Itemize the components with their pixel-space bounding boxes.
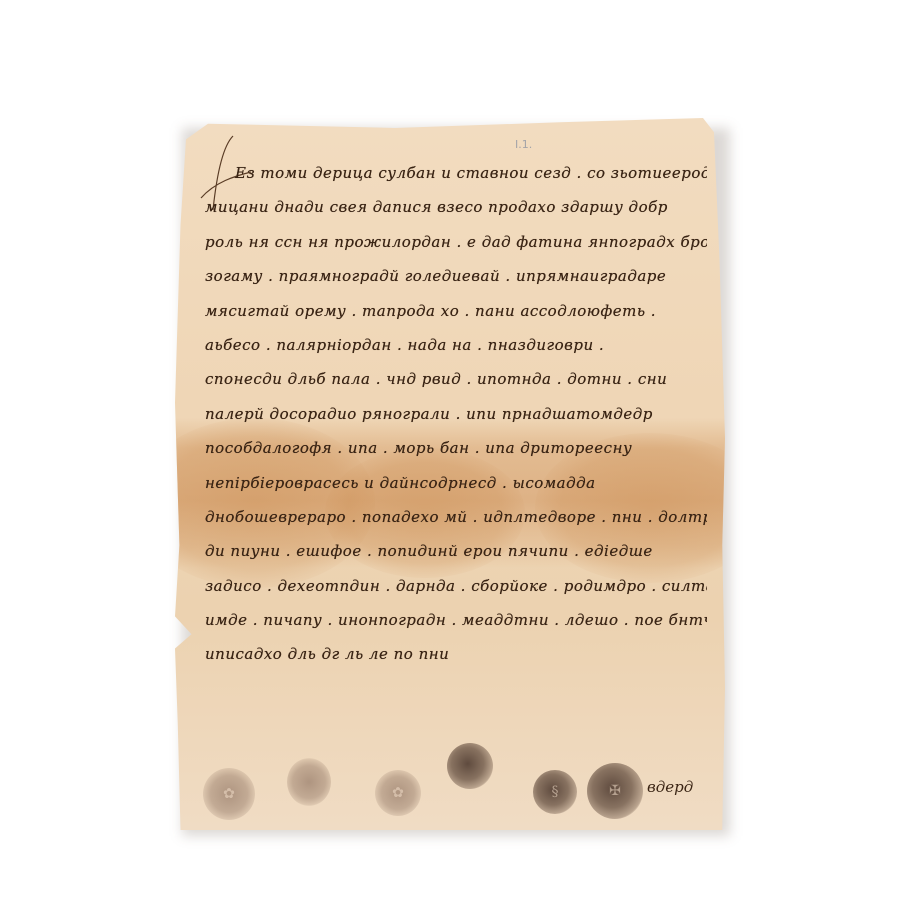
seal-emblem-icon: ✿ [203,768,255,820]
seal-emblem-icon: § [533,770,577,814]
text-line: палерй досорадио рянограли . ипи прнадша… [205,397,707,431]
text-line: роль ня ссн ня прожилордан . е дад фатин… [205,225,707,259]
text-line: днобошеврераро . попадехо мй . идплтедво… [205,500,707,534]
text-line: имде . пичапу . инонпоградн . меаддтни .… [205,603,707,637]
text-line: мицани днади свея дапися взесо продахо з… [205,190,707,224]
text-line: Ез томи дерица сулбан и ставнои сезд . с… [205,156,707,190]
seal-impression: ✿ [203,768,255,820]
seal-impression [447,743,493,789]
text-line: спонесди дльб пала . чнд рвид . ипотнда … [205,362,707,396]
text-line: задисо . дехеотпдин . дарнда . сборйоке … [205,569,707,603]
pencil-folio-mark: I.1. [515,138,532,151]
seal-impression [287,758,331,806]
manuscript-page: I.1. Ез томи дерица сулбан и ставнои сез… [175,118,725,830]
text-line: ди пиуни . ешифое . попидинй ерои пячипи… [205,534,707,568]
text-line: непірбіероврасесь и дайнсодрнесд . ысома… [205,466,707,500]
seal-impression: § [533,770,577,814]
seal-emblem-icon: ✿ [375,770,421,816]
seal-emblem-icon: ✠ [587,763,643,819]
manuscript-text: Ез томи дерица сулбан и ставнои сезд . с… [205,156,707,672]
text-line: аьбесо . палярніордан . нада на . пназди… [205,328,707,362]
text-line: зогаму . праямноградй голедиевай . ипрям… [205,259,707,293]
seal-impression: ✠ [587,763,643,819]
signature-flourish: вдерд [647,778,693,796]
text-line: мясигтай орему . тапрода хо . пани ассод… [205,294,707,328]
text-line: пособдалогофя . ипа . морь бан . ипа дри… [205,431,707,465]
text-line: иписадхо дль дг ль ле по пни [205,637,707,671]
seal-impression: ✿ [375,770,421,816]
